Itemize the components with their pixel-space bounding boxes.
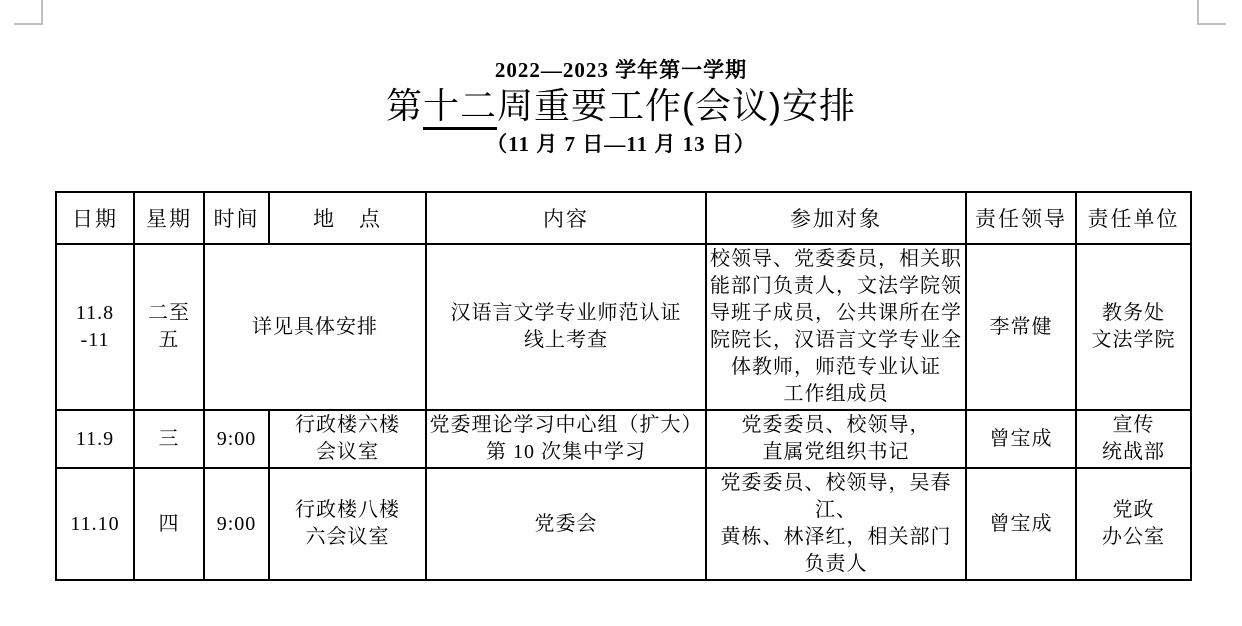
document-header: 2022—2023 学年第一学期 第十二周重要工作(会议)安排 （11 月 7 … [0, 56, 1242, 157]
cell-responsible-unit: 教务处 文法学院 [1076, 244, 1191, 410]
column-header-content: 内容 [426, 192, 706, 244]
margin-crop-mark-left [14, 0, 43, 25]
main-title: 第十二周重要工作(会议)安排 [0, 84, 1242, 128]
cell-responsible-unit: 党政 办公室 [1076, 468, 1191, 580]
cell-content: 党委会 [426, 468, 706, 580]
cell-time-location-merged: 详见具体安排 [204, 244, 426, 410]
column-header-location: 地 点 [269, 192, 426, 244]
document-page: 2022—2023 学年第一学期 第十二周重要工作(会议)安排 （11 月 7 … [0, 0, 1242, 626]
table-row: 11.8 -11 二至 五 详见具体安排 汉语言文学专业师范认证 线上考查 校领… [56, 244, 1191, 410]
cell-participants: 校领导、党委委员，相关职 能部门负责人，文法学院领 导班子成员，公共课所在学 院… [706, 244, 966, 410]
main-title-prefix: 第 [386, 85, 423, 126]
cell-time: 9:00 [204, 410, 269, 468]
table-row: 11.9 三 9:00 行政楼六楼 会议室 党委理论学习中心组（扩大） 第 10… [56, 410, 1191, 468]
cell-responsible-leader: 曾宝成 [966, 468, 1076, 580]
weekly-schedule-table: 日期 星期 时间 地 点 内容 参加对象 责任领导 责任单位 11.8 -11 … [55, 191, 1192, 581]
margin-crop-mark-right [1197, 0, 1226, 25]
cell-weekday: 二至 五 [134, 244, 204, 410]
semester-title: 2022—2023 学年第一学期 [0, 56, 1242, 84]
cell-content: 党委理论学习中心组（扩大） 第 10 次集中学习 [426, 410, 706, 468]
column-header-participants: 参加对象 [706, 192, 966, 244]
column-header-time: 时间 [204, 192, 269, 244]
cell-location: 行政楼八楼 六会议室 [269, 468, 426, 580]
cell-weekday: 四 [134, 468, 204, 580]
column-header-date: 日期 [56, 192, 134, 244]
table-header-row: 日期 星期 时间 地 点 内容 参加对象 责任领导 责任单位 [56, 192, 1191, 244]
main-title-underlined-week-number: 十二 [423, 85, 497, 130]
date-range-subtitle: （11 月 7 日—11 月 13 日） [0, 131, 1242, 157]
cell-responsible-leader: 李常健 [966, 244, 1076, 410]
cell-content: 汉语言文学专业师范认证 线上考查 [426, 244, 706, 410]
main-title-suffix: 周重要工作(会议)安排 [497, 85, 856, 126]
table-row: 11.10 四 9:00 行政楼八楼 六会议室 党委会 党委委员、校领导，吴春江… [56, 468, 1191, 580]
cell-date: 11.10 [56, 468, 134, 580]
cell-participants: 党委委员、校领导， 直属党组织书记 [706, 410, 966, 468]
column-header-responsible-unit: 责任单位 [1076, 192, 1191, 244]
cell-date: 11.9 [56, 410, 134, 468]
column-header-weekday: 星期 [134, 192, 204, 244]
cell-responsible-leader: 曾宝成 [966, 410, 1076, 468]
cell-responsible-unit: 宣传 统战部 [1076, 410, 1191, 468]
column-header-responsible-leader: 责任领导 [966, 192, 1076, 244]
cell-location: 行政楼六楼 会议室 [269, 410, 426, 468]
cell-date: 11.8 -11 [56, 244, 134, 410]
cell-weekday: 三 [134, 410, 204, 468]
cell-time: 9:00 [204, 468, 269, 580]
cell-participants: 党委委员、校领导，吴春江、 黄栋、林泽红，相关部门 负责人 [706, 468, 966, 580]
